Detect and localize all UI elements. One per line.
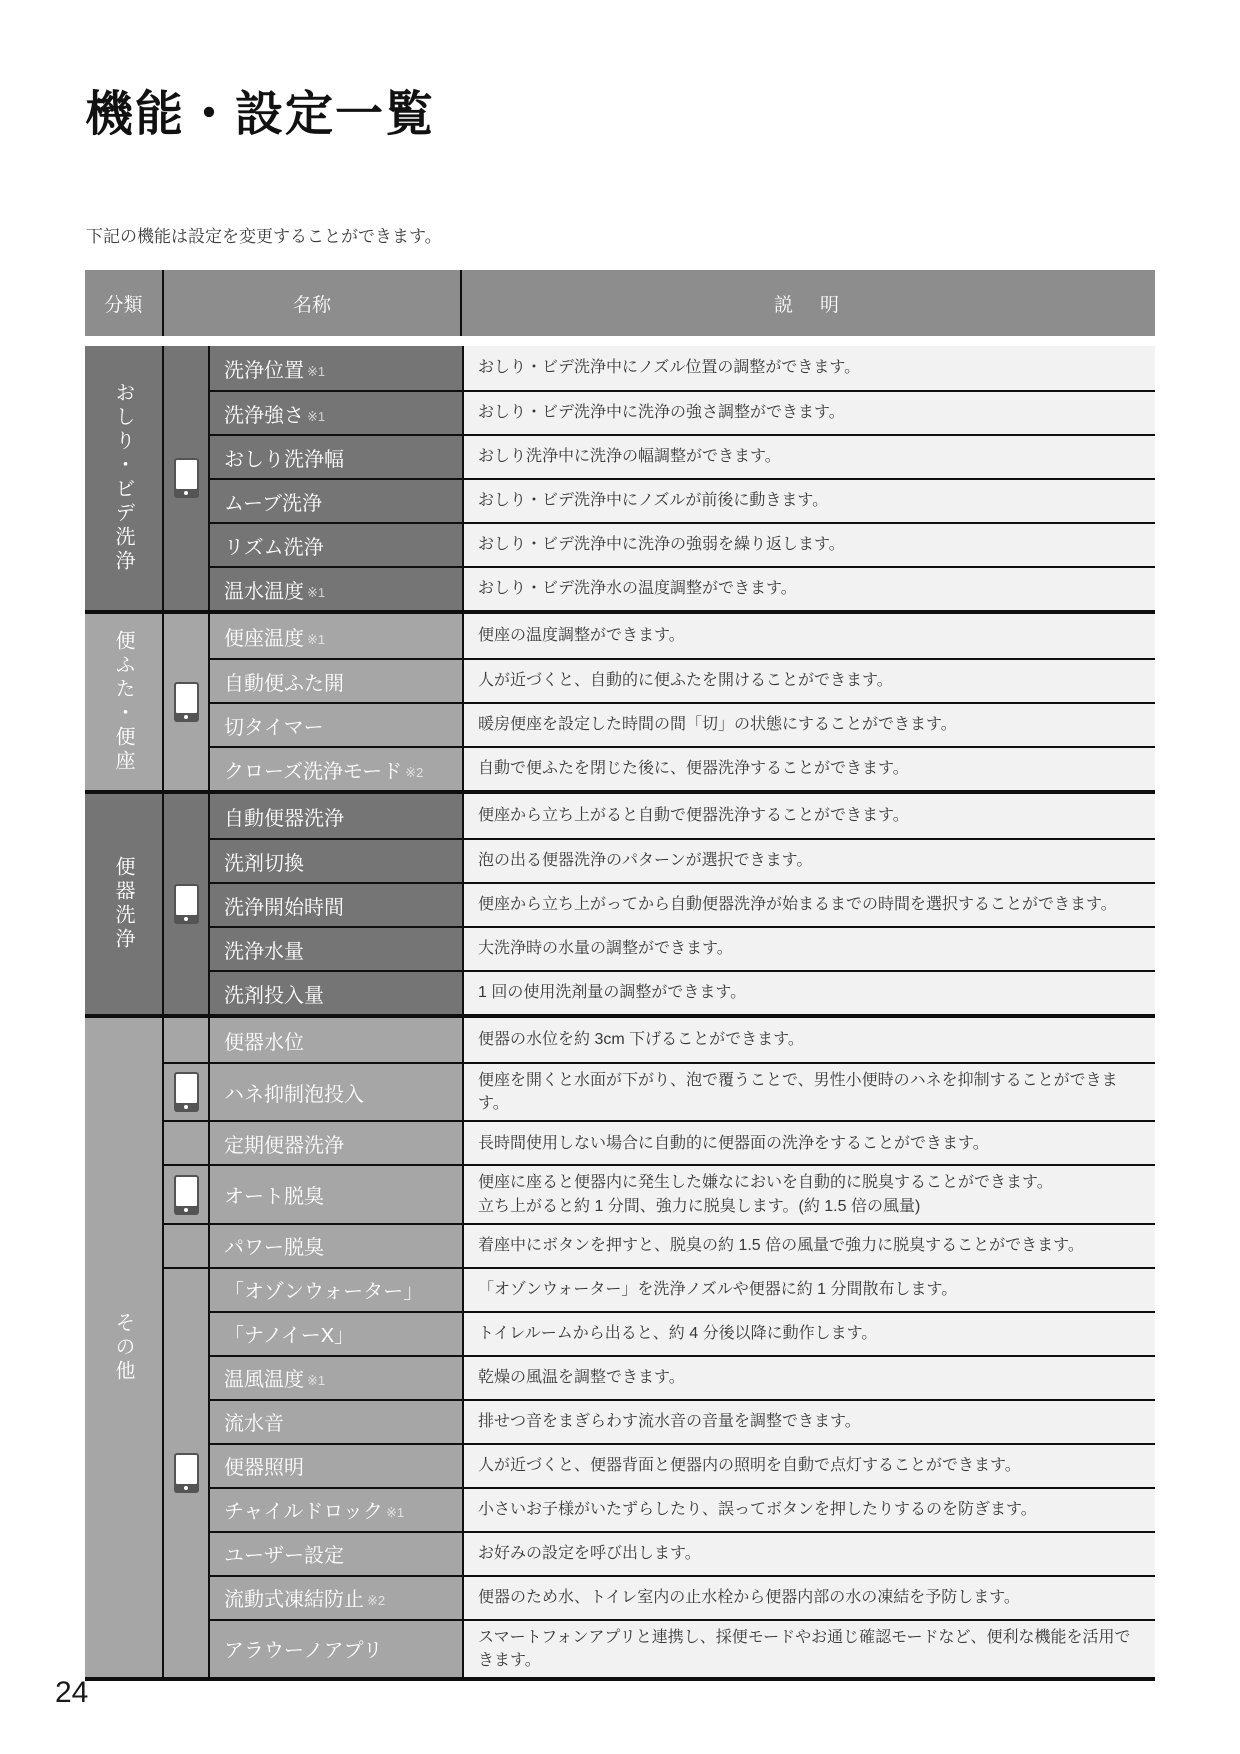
- feature-note: ※2: [405, 758, 423, 781]
- feature-note: ※1: [307, 402, 325, 425]
- feature-name-cell: 便器水位: [208, 1018, 462, 1062]
- feature-description-cell: 小さいお子様がいたずらしたり、誤ってボタンを押したりするのを防ぎます。: [462, 1487, 1155, 1531]
- feature-name: クローズ洗浄モード: [224, 755, 402, 784]
- feature-description-cell: 暖房便座を設定した時間の間「切」の状態にすることができます。: [462, 702, 1155, 746]
- feature-description-cell: 便座から立ち上がると自動で便器洗浄することができます。: [462, 794, 1155, 838]
- feature-name-cell: 洗浄位置※1: [208, 346, 462, 390]
- feature-description-cell: 人が近づくと、便器背面と便器内の照明を自動で点灯することができます。: [462, 1443, 1155, 1487]
- group-rows: 便器水位便器の水位を約 3cm 下げることができます。ハネ抑制泡投入便座を開くと…: [164, 1018, 1155, 1677]
- feature-description-cell: 便器の水位を約 3cm 下げることができます。: [462, 1018, 1155, 1062]
- header-name: 名称: [164, 270, 462, 336]
- group-rows: 自動便器洗浄便座から立ち上がると自動で便器洗浄することができます。洗剤切換泡の出…: [164, 794, 1155, 1014]
- feature-note: ※1: [307, 1366, 325, 1389]
- page-number: 24: [55, 1676, 88, 1710]
- feature-name-cell: 自動便器洗浄: [208, 794, 462, 838]
- feature-description-cell: おしり・ビデ洗浄中に洗浄の強弱を繰り返します。: [462, 522, 1155, 566]
- feature-description-cell: 泡の出る便器洗浄のパターンが選択できます。: [462, 838, 1155, 882]
- feature-name-cell: パワー脱臭: [208, 1223, 462, 1267]
- smartphone-icon: [174, 884, 199, 924]
- feature-name: 定期便器洗浄: [224, 1129, 344, 1158]
- feature-name-cell: クローズ洗浄モード※2: [208, 746, 462, 790]
- feature-name-cell: 便座温度※1: [208, 614, 462, 658]
- feature-description-cell: おしり・ビデ洗浄中にノズル位置の調整ができます。: [462, 346, 1155, 390]
- feature-name-cell: 切タイマー: [208, 702, 462, 746]
- feature-name: 洗剤投入量: [224, 979, 324, 1008]
- header-category: 分類: [85, 270, 164, 336]
- feature-name: アラウーノアプリ: [224, 1634, 383, 1663]
- category-cell: おしり・ビデ洗浄: [85, 346, 164, 610]
- feature-name-cell: 温風温度※1: [208, 1355, 462, 1399]
- feature-name: 切タイマー: [224, 711, 324, 740]
- feature-name-cell: チャイルドロック※1: [208, 1487, 462, 1531]
- feature-name-cell: オート脱臭: [208, 1164, 462, 1222]
- feature-description-cell: おしり・ビデ洗浄中にノズルが前後に動きます。: [462, 478, 1155, 522]
- app-icon-cell: [164, 1164, 208, 1222]
- feature-name-cell: ムーブ洗浄: [208, 478, 462, 522]
- feature-name: 「ナノイーX」: [224, 1319, 354, 1348]
- feature-name: 温水温度: [224, 575, 304, 604]
- feature-description-cell: 人が近づくと、自動的に便ふたを開けることができます。: [462, 658, 1155, 702]
- function-settings-table: 分類 名称 説 明 おしり・ビデ洗浄洗浄位置※1おしり・ビデ洗浄中にノズル位置の…: [85, 270, 1155, 1681]
- feature-description-cell: トイレルームから出ると、約 4 分後以降に動作します。: [462, 1311, 1155, 1355]
- category-cell: 便ふた・便座: [85, 614, 164, 790]
- feature-name: 洗剤切換: [224, 847, 304, 876]
- feature-name-cell: 「オゾンウォーター」: [208, 1267, 462, 1311]
- feature-note: ※1: [386, 1498, 404, 1521]
- manual-page: 機能・設定一覧 下記の機能は設定を変更することができます。 分類 名称 説 明 …: [0, 0, 1240, 1754]
- feature-description-cell: 着座中にボタンを押すと、脱臭の約 1.5 倍の風量で強力に脱臭することができます…: [462, 1223, 1155, 1267]
- feature-name-cell: おしり洗浄幅: [208, 434, 462, 478]
- feature-description-cell: おしり・ビデ洗浄水の温度調整ができます。: [462, 566, 1155, 610]
- feature-name: 流動式凍結防止: [224, 1583, 364, 1612]
- app-icon-cell: [164, 614, 208, 790]
- feature-description-cell: 便座の温度調整ができます。: [462, 614, 1155, 658]
- feature-name: 流水音: [224, 1407, 284, 1436]
- app-icon-cell: [164, 346, 208, 610]
- feature-description-cell: 1 回の使用洗剤量の調整ができます。: [462, 970, 1155, 1014]
- feature-name-cell: 「ナノイーX」: [208, 1311, 462, 1355]
- feature-name: チャイルドロック: [224, 1495, 383, 1524]
- feature-description-cell: 乾燥の風温を調整できます。: [462, 1355, 1155, 1399]
- feature-description-cell: 自動で便ふたを閉じた後に、便器洗浄することができます。: [462, 746, 1155, 790]
- feature-description-cell: おしり洗浄中に洗浄の幅調整ができます。: [462, 434, 1155, 478]
- smartphone-icon: [174, 1453, 199, 1493]
- feature-name-cell: ユーザー設定: [208, 1531, 462, 1575]
- feature-name-cell: 温水温度※1: [208, 566, 462, 610]
- feature-name: オート脱臭: [224, 1180, 324, 1209]
- feature-name-cell: 流水音: [208, 1399, 462, 1443]
- feature-name-cell: ハネ抑制泡投入: [208, 1062, 462, 1120]
- feature-name-cell: 洗浄強さ※1: [208, 390, 462, 434]
- feature-note: ※1: [307, 578, 325, 601]
- feature-description-cell: 便座に座ると便器内に発生した嫌なにおいを自動的に脱臭することができます。 立ち上…: [462, 1164, 1155, 1222]
- table-group: 便器洗浄自動便器洗浄便座から立ち上がると自動で便器洗浄することができます。洗剤切…: [85, 790, 1155, 1014]
- table-body: おしり・ビデ洗浄洗浄位置※1おしり・ビデ洗浄中にノズル位置の調整ができます。洗浄…: [85, 346, 1155, 1681]
- app-icon-cell: [164, 794, 208, 1014]
- feature-name: 便器水位: [224, 1026, 304, 1055]
- feature-note: ※1: [307, 357, 325, 380]
- table-group: その他便器水位便器の水位を約 3cm 下げることができます。ハネ抑制泡投入便座を…: [85, 1014, 1155, 1677]
- feature-name-cell: リズム洗浄: [208, 522, 462, 566]
- feature-name: ハネ抑制泡投入: [224, 1078, 364, 1107]
- feature-name: 温風温度: [224, 1363, 304, 1392]
- table-header-row: 分類 名称 説 明: [85, 270, 1155, 336]
- category-cell: その他: [85, 1018, 164, 1677]
- feature-note: ※1: [307, 625, 325, 648]
- feature-name: リズム洗浄: [224, 531, 324, 560]
- feature-name-cell: 洗剤切換: [208, 838, 462, 882]
- smartphone-icon: [174, 1072, 199, 1112]
- feature-note: ※2: [367, 1586, 385, 1609]
- feature-name: 便器照明: [224, 1451, 304, 1480]
- feature-name-cell: 洗剤投入量: [208, 970, 462, 1014]
- smartphone-icon: [174, 458, 199, 498]
- feature-name: 便座温度: [224, 622, 304, 651]
- feature-name: 洗浄開始時間: [224, 891, 344, 920]
- group-rows: 便座温度※1便座の温度調整ができます。自動便ふた開人が近づくと、自動的に便ふたを…: [164, 614, 1155, 790]
- feature-description-cell: 長時間使用しない場合に自動的に便器面の洗浄をすることができます。: [462, 1120, 1155, 1164]
- feature-name: 自動便ふた開: [224, 667, 344, 696]
- feature-name-cell: 便器照明: [208, 1443, 462, 1487]
- feature-description-cell: スマートフォンアプリと連携し、採便モードやお通じ確認モードなど、便利な機能を活用…: [462, 1619, 1155, 1677]
- feature-name-cell: 洗浄水量: [208, 926, 462, 970]
- app-icon-cell: [164, 1267, 208, 1677]
- table-group: おしり・ビデ洗浄洗浄位置※1おしり・ビデ洗浄中にノズル位置の調整ができます。洗浄…: [85, 346, 1155, 610]
- app-icon-cell: [164, 1062, 208, 1120]
- feature-description-cell: 便座から立ち上がってから自動便器洗浄が始まるまでの時間を選択することができます。: [462, 882, 1155, 926]
- smartphone-icon: [174, 682, 199, 722]
- feature-description-cell: おしり・ビデ洗浄中に洗浄の強さ調整ができます。: [462, 390, 1155, 434]
- empty-icon-cell: [164, 1223, 208, 1267]
- feature-name-cell: アラウーノアプリ: [208, 1619, 462, 1677]
- header-description: 説 明: [462, 270, 1155, 336]
- feature-name: 洗浄強さ: [224, 399, 304, 428]
- feature-description-cell: 排せつ音をまぎらわす流水音の音量を調整できます。: [462, 1399, 1155, 1443]
- feature-name-cell: 流動式凍結防止※2: [208, 1575, 462, 1619]
- feature-name: ムーブ洗浄: [224, 487, 322, 516]
- feature-name: 洗浄水量: [224, 935, 304, 964]
- smartphone-icon: [174, 1175, 199, 1215]
- table-group: 便ふた・便座便座温度※1便座の温度調整ができます。自動便ふた開人が近づくと、自動…: [85, 610, 1155, 790]
- feature-name-cell: 洗浄開始時間: [208, 882, 462, 926]
- feature-name-cell: 定期便器洗浄: [208, 1120, 462, 1164]
- feature-name: ユーザー設定: [224, 1539, 344, 1568]
- feature-name-cell: 自動便ふた開: [208, 658, 462, 702]
- group-rows: 洗浄位置※1おしり・ビデ洗浄中にノズル位置の調整ができます。洗浄強さ※1おしり・…: [164, 346, 1155, 610]
- feature-description-cell: 便座を開くと水面が下がり、泡で覆うことで、男性小便時のハネを抑制することができま…: [462, 1062, 1155, 1120]
- feature-description-cell: お好みの設定を呼び出します。: [462, 1531, 1155, 1575]
- feature-name: パワー脱臭: [224, 1231, 324, 1260]
- feature-name: 自動便器洗浄: [224, 802, 344, 831]
- feature-description-cell: 「オゾンウォーター」を洗浄ノズルや便器に約 1 分間散布します。: [462, 1267, 1155, 1311]
- page-title: 機能・設定一覧: [85, 86, 435, 144]
- empty-icon-cell: [164, 1018, 208, 1062]
- feature-description-cell: 大洗浄時の水量の調整ができます。: [462, 926, 1155, 970]
- feature-name: 洗浄位置: [224, 354, 304, 383]
- intro-text: 下記の機能は設定を変更することができます。: [86, 222, 442, 247]
- feature-description-cell: 便器のため水、トイレ室内の止水栓から便器内部の水の凍結を予防します。: [462, 1575, 1155, 1619]
- empty-icon-cell: [164, 1120, 208, 1164]
- feature-name: 「オゾンウォーター」: [224, 1275, 423, 1304]
- category-cell: 便器洗浄: [85, 794, 164, 1014]
- feature-name: おしり洗浄幅: [224, 443, 344, 472]
